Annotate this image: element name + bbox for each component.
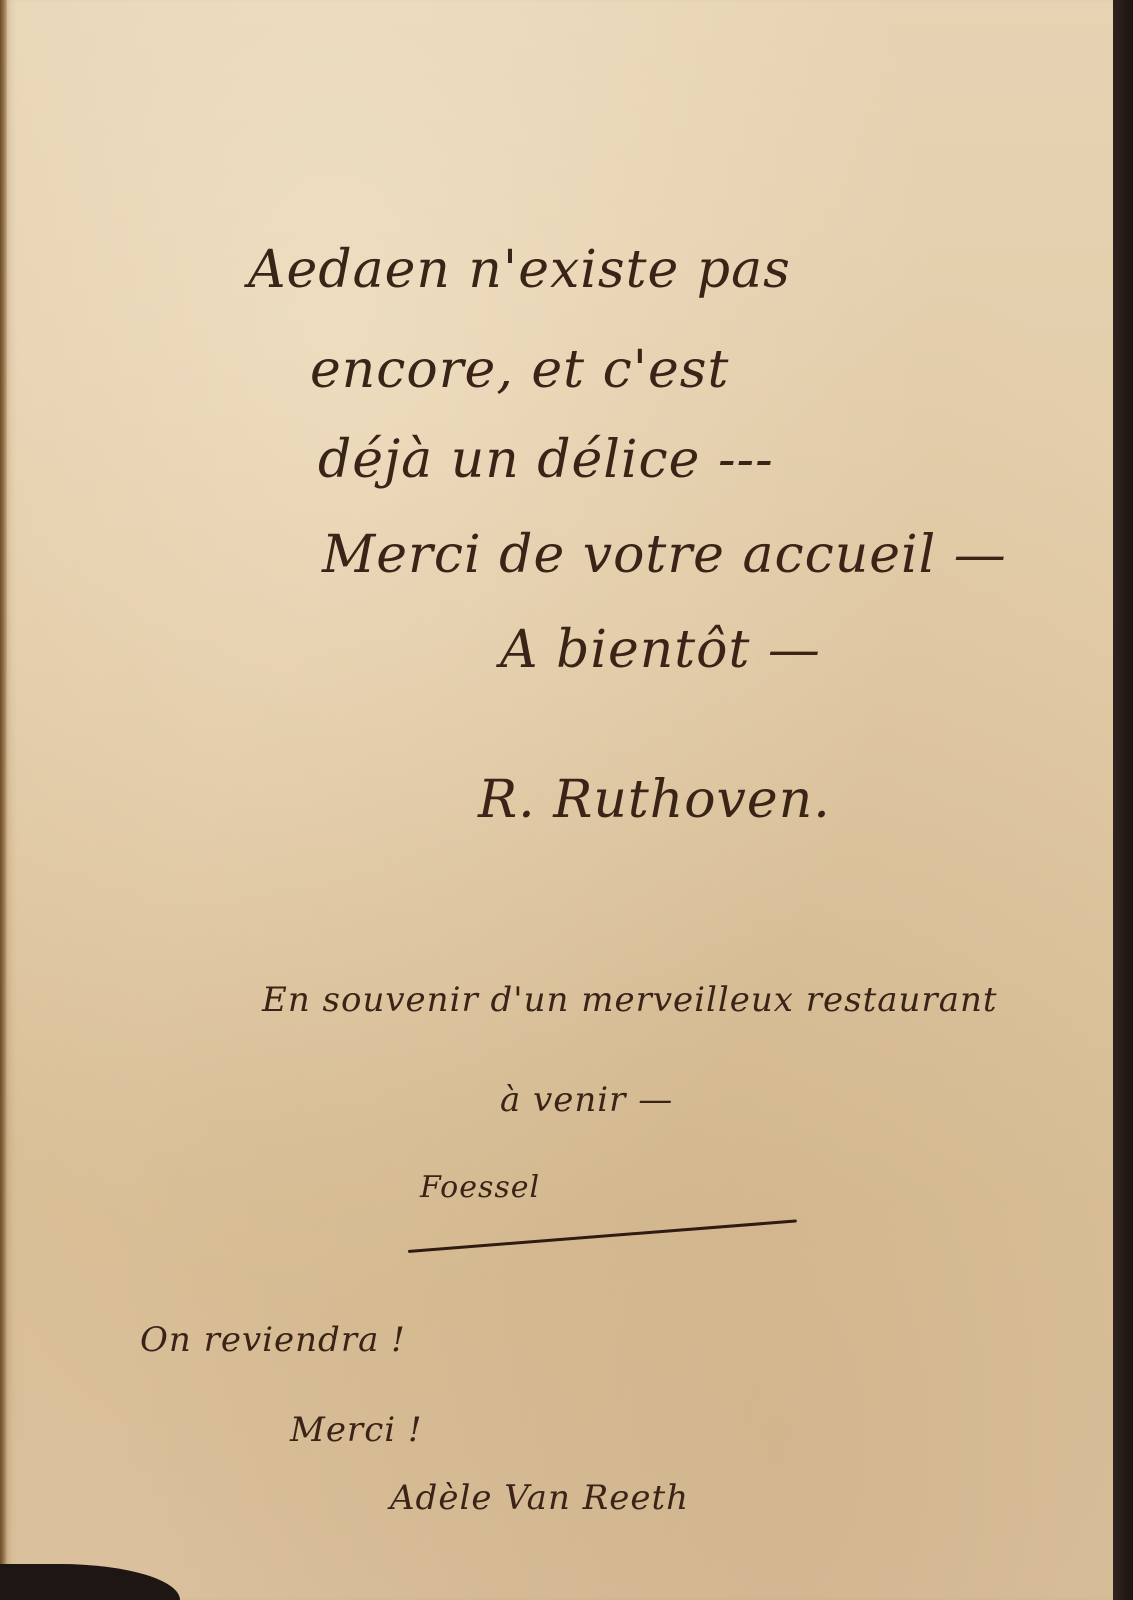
- guestbook-page: Aedaen n'existe pas encore, et c'est déj…: [0, 0, 1119, 1600]
- background-edge: [1113, 0, 1133, 1600]
- entry-2-line-2: à venir —: [500, 1080, 673, 1120]
- entry-1-line-4: Merci de votre accueil —: [322, 525, 1007, 585]
- entry-1-line-2: encore, et c'est: [310, 340, 729, 400]
- entry-1-line-3: déjà un délice ---: [318, 430, 774, 490]
- entry-3-signature: Adèle Van Reeth: [390, 1478, 689, 1518]
- signature-underline: [408, 1219, 797, 1253]
- entry-1-line-5: A bientôt —: [500, 620, 821, 680]
- book-spine: [0, 0, 7, 1600]
- entry-3-line-1: On reviendra !: [140, 1320, 406, 1360]
- entry-1-line-1: Aedaen n'existe pas: [248, 240, 791, 300]
- entry-2-signature: Foessel: [420, 1170, 540, 1205]
- entry-1-signature: R. Ruthoven.: [478, 770, 831, 830]
- entry-3-line-2: Merci !: [290, 1410, 423, 1450]
- entry-2-line-1: En souvenir d'un merveilleux restaurant: [262, 980, 998, 1020]
